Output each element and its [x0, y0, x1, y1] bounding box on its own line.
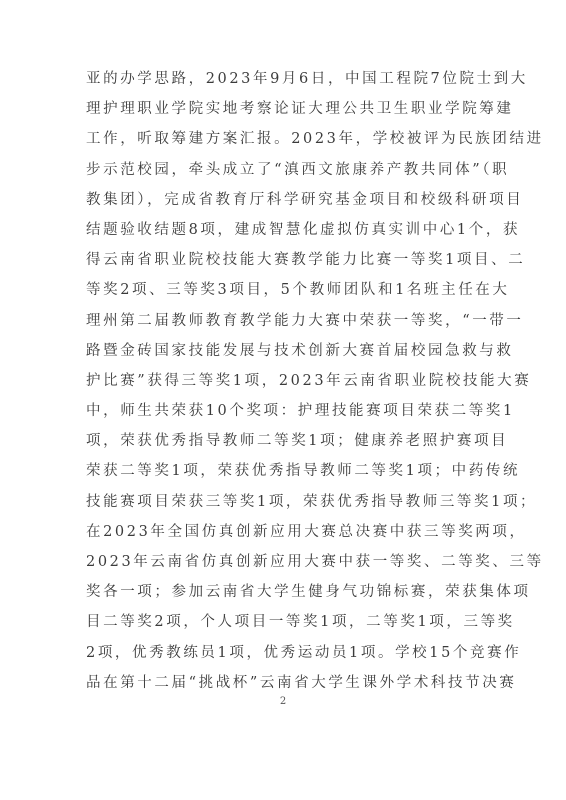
text-line: 等奖2项、三等奖3项目，5个教师团队和1名班主任在大 — [86, 275, 486, 305]
text-line: 理护理职业学院实地考察论证大理公共卫生职业学院筹建 — [86, 94, 486, 124]
text-line: 技能赛项目荣获三等奖1项，荣获优秀指导教师三等奖1项； — [86, 487, 486, 517]
body-paragraph: 亚的办学思路，2023年9月6日，中国工程院7位院士到大 理护理职业学院实地考察… — [86, 64, 486, 698]
text-line: 在2023年全国仿真创新应用大赛总决赛中获三等奖两项， — [86, 517, 486, 547]
text-line: 步示范校园，牵头成立了“滇西文旅康养产教共同体”（职 — [86, 155, 486, 185]
text-line: 品在第十二届“挑战杯”云南省大学生课外学术科技节决赛 — [86, 668, 486, 698]
text-line: 中，师生共荣获10个奖项：护理技能赛项目荣获二等奖1 — [86, 396, 486, 426]
page-number: 2 — [0, 696, 566, 707]
text-line: 2项，优秀教练员1项，优秀运动员1项。学校15个竞赛作 — [86, 638, 486, 668]
text-line: 亚的办学思路，2023年9月6日，中国工程院7位院士到大 — [86, 64, 486, 94]
document-page: 亚的办学思路，2023年9月6日，中国工程院7位院士到大 理护理职业学院实地考察… — [0, 0, 566, 800]
text-line: 教集团），完成省教育厅科学研究基金项目和校级科研项目 — [86, 185, 486, 215]
text-line: 工作，听取筹建方案汇报。2023年，学校被评为民族团结进 — [86, 124, 486, 154]
text-line: 理州第二届教师教育教学能力大赛中荣获一等奖，“一带一 — [86, 306, 486, 336]
text-line: 荣获二等奖1项，荣获优秀指导教师二等奖1项；中药传统 — [86, 456, 486, 486]
text-line: 结题验收结题8项，建成智慧化虚拟仿真实训中心1个，获 — [86, 215, 486, 245]
text-line: 得云南省职业院校技能大赛教学能力比赛一等奖1项目、二 — [86, 245, 486, 275]
text-line: 目二等奖2项，个人项目一等奖1项，二等奖1项，三等奖 — [86, 607, 486, 637]
text-line: 2023年云南省仿真创新应用大赛中获一等奖、二等奖、三等 — [86, 547, 486, 577]
text-line: 奖各一项；参加云南省大学生健身气功锦标赛，荣获集体项 — [86, 577, 486, 607]
text-line: 项，荣获优秀指导教师二等奖1项；健康养老照护赛项目 — [86, 426, 486, 456]
text-line: 护比赛”获得三等奖1项，2023年云南省职业院校技能大赛 — [86, 366, 486, 396]
text-line: 路暨金砖国家技能发展与技术创新大赛首届校园急救与救 — [86, 336, 486, 366]
